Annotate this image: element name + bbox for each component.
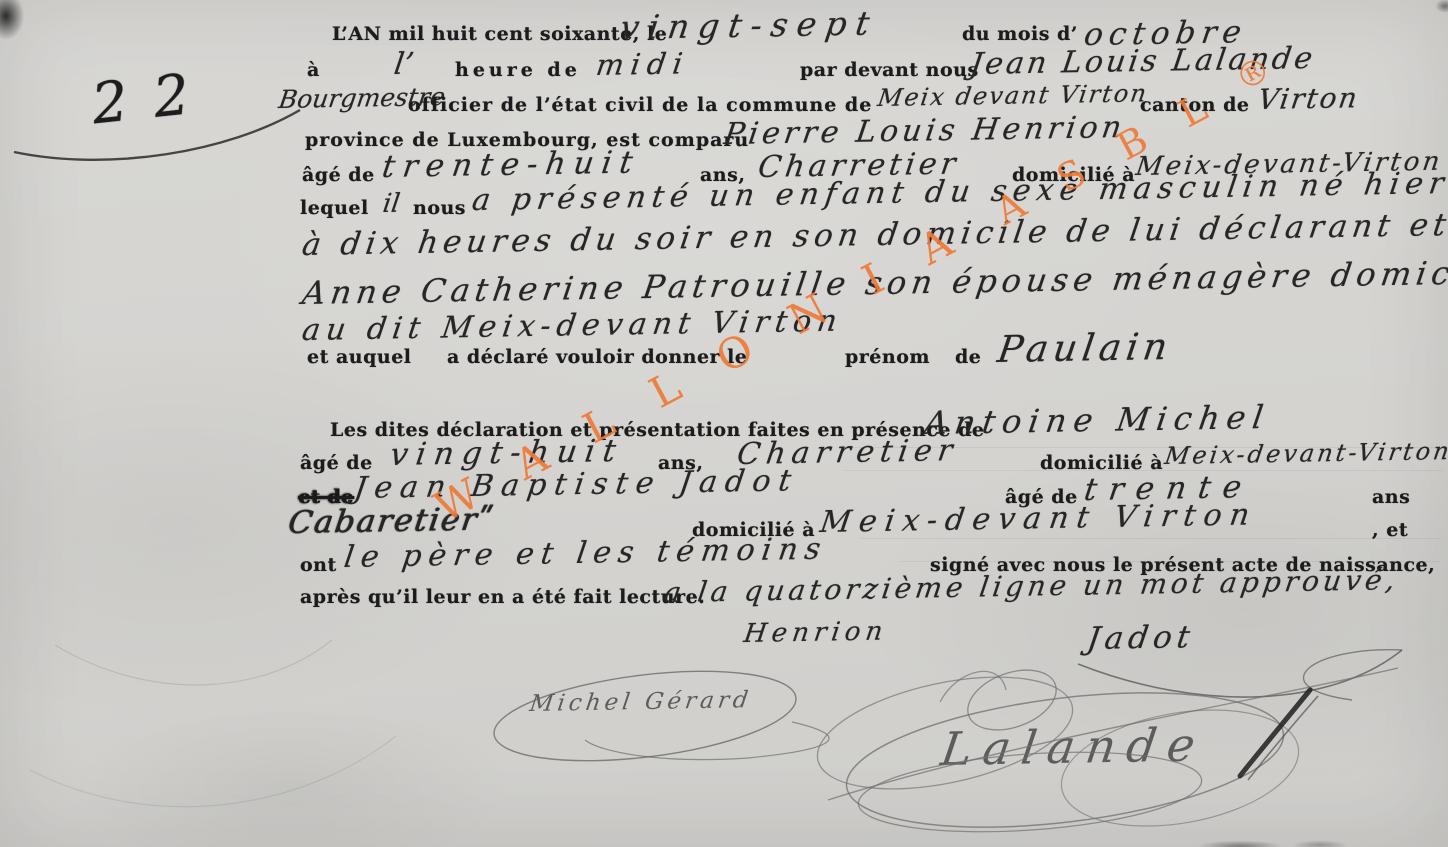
jadot-flourish-loop (1303, 650, 1402, 700)
pencil-arc-2 (30, 736, 396, 807)
hand-child-firstname: Paulain (995, 327, 1175, 371)
print-lequel: lequel (300, 198, 369, 219)
print-hour-label: heure de (455, 60, 581, 81)
signature-lalande: Lalande (938, 719, 1209, 774)
hand-commune: Meix devant Virton (876, 80, 1150, 111)
hand-witness2-profession: Cabaretierʺ (286, 502, 497, 540)
print-comma-et: , et (1372, 520, 1408, 541)
hand-mother-domicile: au dit Meix-devant Virton (300, 305, 845, 347)
dark-paraph-stroke (1240, 690, 1310, 776)
hand-hour-article: l’ (392, 48, 416, 81)
print-et-auquel: et auquel (307, 347, 412, 368)
hand-witness2-name: Jean Baptiste Jadot (352, 464, 801, 505)
faint-rule-line (860, 538, 1440, 539)
act-number: 22 (89, 60, 218, 138)
print-ans-3: ans (1372, 487, 1410, 508)
hand-mother-name: Anne Catherine Patrouille son épouse mén… (300, 254, 1448, 311)
hand-witness2-domicile: Meix-devant Virton (818, 498, 1260, 539)
print-at: à (307, 60, 320, 81)
hand-witness1-domicile: Meix-devant-Virton (1163, 438, 1448, 469)
hand-declarant-age: trente-huit (380, 146, 643, 185)
hand-marginal-approval-note: a la quatorzième ligne un mot approuvé, (662, 565, 1401, 609)
print-year-opening: L’AN mil huit cent soixante, le (332, 24, 667, 45)
print-canton-label: canton de (1140, 95, 1249, 116)
print-month-label: du mois d’ (962, 24, 1078, 45)
print-de: de (955, 347, 981, 368)
print-prenom: prénom (845, 347, 930, 368)
print-nous: nous (413, 198, 466, 219)
hand-declarant-name: Pierre Louis Henrion (722, 111, 1128, 151)
hand-signataires: le père et les témoins (342, 533, 830, 574)
hand-il: il (381, 190, 402, 219)
dark-paraph-echo (1248, 696, 1318, 780)
print-before-us: par devant nous (800, 60, 979, 81)
signature-michel-gerard: Michel Gérard (528, 688, 753, 717)
hand-time: midi (594, 48, 691, 82)
pencil-arc-1 (55, 640, 332, 685)
print-declare-donner: a déclaré vouloir donner le (447, 347, 747, 368)
birth-certificate-scan: 22 L’AN mil huit cent soixante, le vingt… (0, 0, 1448, 847)
print-age-label-1: âgé de (302, 165, 375, 186)
hand-officer-name: Jean Louis Lalande (968, 42, 1317, 81)
print-civil-officer: officier de l’état civil de la commune d… (408, 95, 872, 116)
hand-canton: Virton (1256, 83, 1361, 116)
signature-jadot: Jadot (1085, 620, 1197, 656)
lalande-small-loop (940, 671, 1006, 702)
signature-henrion: Henrion (742, 618, 889, 649)
jadot-flourish (1078, 650, 1402, 697)
hand-day: vingt-sept (618, 6, 881, 47)
hand-witness1-name: Antoine Michel (922, 400, 1272, 441)
michel-gerard-tail (585, 722, 829, 760)
print-lecture-clause: après qu’il leur en a été fait lecture. (300, 587, 705, 608)
print-ont: ont (300, 555, 337, 576)
